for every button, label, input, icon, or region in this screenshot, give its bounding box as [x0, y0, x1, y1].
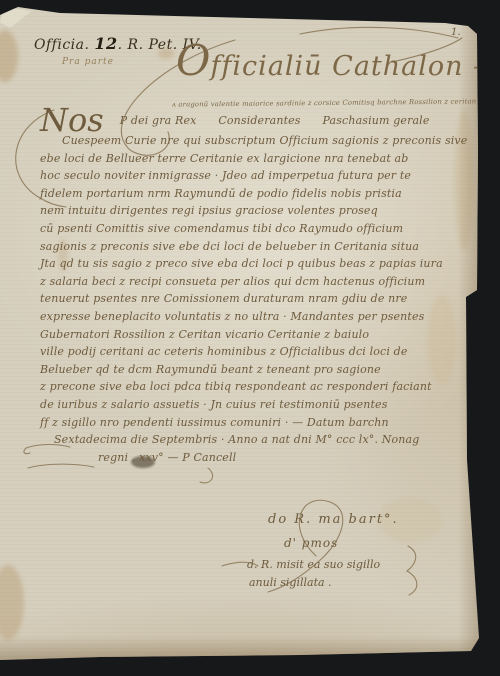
document-title: Officialiū Cathalon — — [176, 36, 476, 85]
marginal-note: Pra parte — [62, 57, 114, 67]
chancery-subscription-line: anuli sigillata . — [249, 576, 332, 589]
manuscript-body: Nos P dei gra Rex Considerantes Paschasi… — [40, 112, 464, 466]
chancery-subscription-line: do R. ma bart°. — [268, 512, 399, 527]
manuscript-line: ff z sigillo nro pendenti iussimus comun… — [40, 414, 464, 432]
chancery-subscription-line: d. R. misit ea suo sigillo — [247, 558, 380, 571]
chancery-subscription-line: d' pmos — [284, 536, 338, 550]
manuscript-line: nem intuitu dirigentes regi ipsius graci… — [40, 202, 464, 220]
manuscript-line: Gubernatori Rossilion z Ceritan vicario … — [40, 326, 464, 344]
manuscript-line: Sextadecima die Septembris · Anno a nat … — [40, 431, 464, 449]
page-corner-fold — [0, 4, 34, 30]
folio-number: 1. — [451, 27, 461, 38]
manuscript-line: expresse beneplacito voluntatis z no ult… — [40, 308, 464, 326]
scanned-manuscript: { "document": { "folio_number": "1.", "s… — [0, 0, 500, 676]
manuscript-line: fidelem portarium nrm Raymundū de podio … — [40, 185, 464, 203]
opening-initial: Nos — [40, 110, 104, 130]
manuscript-line: Nos P dei gra Rex Considerantes Paschasi… — [40, 112, 464, 132]
manuscript-line: z precone sive eba loci pdca tibiq respo… — [40, 378, 464, 396]
manuscript-line: regni . xxv° — P Cancell — [40, 449, 464, 467]
manuscript-line-text: P dei gra Rex Considerantes Paschasium g… — [120, 112, 430, 130]
interlinear-royal-style: ʌ aragonū valentie maiorice sardinie z c… — [172, 97, 472, 108]
page-edge-shadow — [0, 636, 500, 662]
shelf-mark-prefix: Officia. — [34, 37, 94, 53]
manuscript-line: sagionis z preconis sive ebe dci loci de… — [40, 238, 464, 256]
shelf-mark-number: 12 — [94, 34, 117, 53]
manuscript-line: Jta qd tu sis sagio z preco sive eba dci… — [40, 255, 464, 273]
paper-stain — [0, 30, 18, 82]
manuscript-line: de iuribus z salario assuetis · Jn cuius… — [40, 396, 464, 414]
manuscript-line: hoc seculo noviter inmigrasse · Jdeo ad … — [40, 167, 464, 185]
manuscript-line: tenuerut psentes nre Comissionem duratur… — [40, 290, 464, 308]
manuscript-line: z salaria beci z recipi consueta per ali… — [40, 273, 464, 291]
manuscript-line: ebe loci de Bellueer terre Ceritanie ex … — [40, 150, 464, 168]
manuscript-line: Belueber qd te dcm Raymundū beant z tene… — [40, 361, 464, 379]
paper-stain — [0, 565, 24, 640]
manuscript-line: ville podij ceritani ac ceteris hominibu… — [40, 343, 464, 361]
parchment-page: Officia. 12. R. Pet. IV. Pra parte Offic… — [0, 0, 500, 676]
manuscript-line: cū psenti Comittis sive comendamus tibi … — [40, 220, 464, 238]
